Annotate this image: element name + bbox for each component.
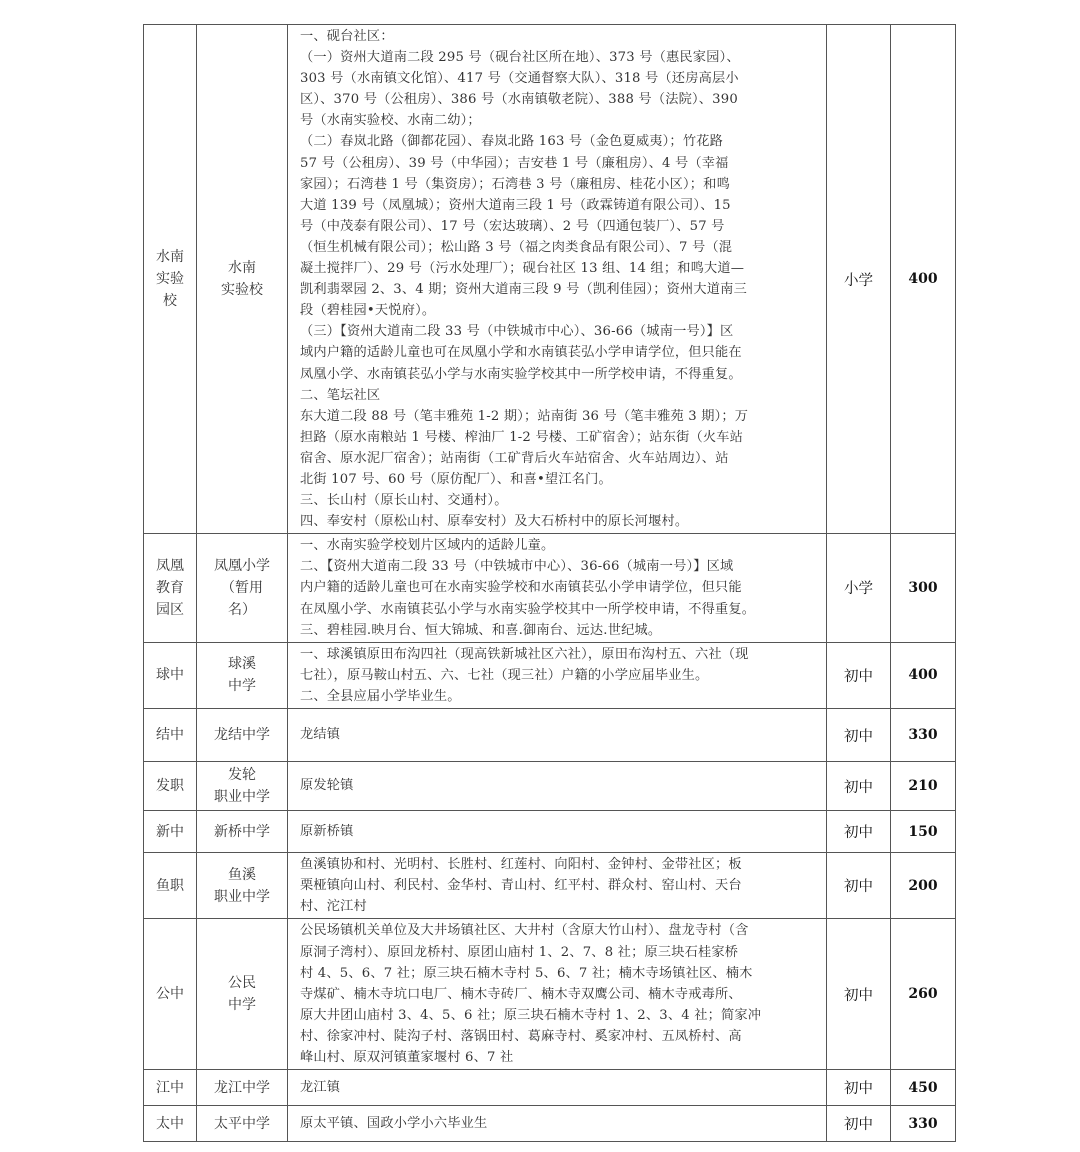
area-line: 村、徐家冲村、陡沟子村、落锅田村、葛麻寺村、奚家冲村、五凤桥村、高 bbox=[300, 1026, 818, 1047]
school-level-cell: 小学 bbox=[827, 25, 891, 534]
area-line: 一、砚台社区： bbox=[300, 26, 818, 47]
school-name-line: 名） bbox=[197, 599, 287, 621]
table-row: 公中 公民 中学 公民场镇机关单位及大井场镇社区、大井村（含原大竹山村）、盘龙寺… bbox=[144, 919, 956, 1070]
school-name-cell: 龙江中学 bbox=[197, 1070, 288, 1106]
school-short-name-cell: 江中 bbox=[144, 1070, 197, 1106]
school-name-cell: 太平中学 bbox=[197, 1106, 288, 1142]
enrollment-area-cell: 一、球溪镇原田布沟四社（现高铁新城社区六社），原田布沟村五、六社（现 七社），原… bbox=[288, 642, 827, 708]
school-name-line: 发轮 bbox=[197, 764, 287, 786]
school-name-line: （暂用 bbox=[197, 577, 287, 599]
area-line: 北街 107 号、60 号（原仿配厂）、和喜•望江名门。 bbox=[300, 469, 818, 490]
school-short-name-cell: 公中 bbox=[144, 919, 197, 1070]
table-row: 新中 新桥中学 原新桥镇 初中 150 bbox=[144, 811, 956, 853]
school-name-line: 水南 bbox=[197, 257, 287, 279]
area-line: 三、长山村（原长山村、交通村）。 bbox=[300, 490, 818, 511]
school-name-line: 球溪 bbox=[197, 653, 287, 675]
table-row: 江中 龙江中学 龙江镇 初中 450 bbox=[144, 1070, 956, 1106]
enrollment-quota-cell: 330 bbox=[891, 709, 956, 762]
school-short-name-cell: 凤凰 教育 园区 bbox=[144, 534, 197, 642]
enrollment-quota-cell: 210 bbox=[891, 762, 956, 811]
school-name-cell: 水南 实验校 bbox=[197, 25, 288, 534]
area-line: 原太平镇、国政小学小六毕业生 bbox=[300, 1113, 818, 1134]
school-level-cell: 初中 bbox=[827, 1106, 891, 1142]
enrollment-area-cell: 原发轮镇 bbox=[288, 762, 827, 811]
school-short-name-cell: 发职 bbox=[144, 762, 197, 811]
enrollment-quota-cell: 150 bbox=[891, 811, 956, 853]
enrollment-area-cell: 龙结镇 bbox=[288, 709, 827, 762]
area-line: 龙结镇 bbox=[300, 724, 818, 745]
enrollment-quota-cell: 330 bbox=[891, 1106, 956, 1142]
area-line: 凝土搅拌厂）、29 号（污水处理厂）；砚台社区 13 组、14 组；和鸣大道— bbox=[300, 258, 818, 279]
area-line: （恒生机械有限公司）；松山路 3 号（福之肉类食品有限公司）、7 号（混 bbox=[300, 237, 818, 258]
school-name-line: 中学 bbox=[197, 994, 287, 1016]
table-row: 凤凰 教育 园区 凤凰小学 （暂用 名） 一、水南实验学校划片区域内的适龄儿童。… bbox=[144, 534, 956, 642]
area-line: 公民场镇机关单位及大井场镇社区、大井村（含原大竹山村）、盘龙寺村（含 bbox=[300, 920, 818, 941]
school-level-cell: 初中 bbox=[827, 1070, 891, 1106]
area-line: 57 号（公租房）、39 号（中华园）；吉安巷 1 号（廉租房）、4 号（幸福 bbox=[300, 153, 818, 174]
area-line: 寺煤矿、楠木寺坑口电厂、楠木寺砖厂、楠木寺双鹰公司、楠木寺戒毒所、 bbox=[300, 984, 818, 1005]
short-name-line: 凤凰 bbox=[144, 555, 196, 577]
area-line: 号（水南实验校、水南二幼）； bbox=[300, 110, 818, 131]
enrollment-area-cell: 原新桥镇 bbox=[288, 811, 827, 853]
enrollment-area-cell: 鱼溪镇协和村、光明村、长胜村、红莲村、向阳村、金钟村、金带社区；板 栗桠镇向山村… bbox=[288, 853, 827, 919]
enrollment-zone-table: 水南 实验 校 水南 实验校 一、砚台社区： （一）资州大道南二段 295 号（… bbox=[143, 24, 956, 1142]
school-name-line: 职业中学 bbox=[197, 886, 287, 908]
table-row: 太中 太平中学 原太平镇、国政小学小六毕业生 初中 330 bbox=[144, 1106, 956, 1142]
short-name-line: 球中 bbox=[144, 664, 196, 686]
area-line: 二、笔坛社区 bbox=[300, 385, 818, 406]
school-name-cell: 发轮 职业中学 bbox=[197, 762, 288, 811]
area-line: 村、沱江村 bbox=[300, 896, 818, 917]
area-line: 栗桠镇向山村、利民村、金华村、青山村、红平村、群众村、窑山村、天台 bbox=[300, 875, 818, 896]
area-line: 龙江镇 bbox=[300, 1077, 818, 1098]
school-short-name-cell: 新中 bbox=[144, 811, 197, 853]
area-line: （二）春岚北路（御都花园）、春岚北路 163 号（金色夏威夷）；竹花路 bbox=[300, 131, 818, 152]
school-short-name-cell: 结中 bbox=[144, 709, 197, 762]
area-line: 鱼溪镇协和村、光明村、长胜村、红莲村、向阳村、金钟村、金带社区；板 bbox=[300, 854, 818, 875]
table-row: 水南 实验 校 水南 实验校 一、砚台社区： （一）资州大道南二段 295 号（… bbox=[144, 25, 956, 534]
school-short-name-cell: 球中 bbox=[144, 642, 197, 708]
school-name-cell: 龙结中学 bbox=[197, 709, 288, 762]
school-level-cell: 初中 bbox=[827, 642, 891, 708]
table-row: 结中 龙结中学 龙结镇 初中 330 bbox=[144, 709, 956, 762]
school-short-name-cell: 太中 bbox=[144, 1106, 197, 1142]
area-line: 原发轮镇 bbox=[300, 775, 818, 796]
school-level-cell: 初中 bbox=[827, 919, 891, 1070]
short-name-line: 教育 bbox=[144, 577, 196, 599]
area-line: 号（中茂泰有限公司）、17 号（宏达玻璃）、2 号（四通包装厂）、57 号 bbox=[300, 216, 818, 237]
area-line: 村 4、5、6、7 社；原三块石楠木寺村 5、6、7 社；楠木寺场镇社区、楠木 bbox=[300, 963, 818, 984]
area-line: 凯利翡翠园 2、3、4 期；资州大道南三段 9 号（凯利佳园）；资州大道南三 bbox=[300, 279, 818, 300]
school-short-name-cell: 水南 实验 校 bbox=[144, 25, 197, 534]
table-row: 球中 球溪 中学 一、球溪镇原田布沟四社（现高铁新城社区六社），原田布沟村五、六… bbox=[144, 642, 956, 708]
area-line: 一、球溪镇原田布沟四社（现高铁新城社区六社），原田布沟村五、六社（现 bbox=[300, 644, 818, 665]
school-name-cell: 凤凰小学 （暂用 名） bbox=[197, 534, 288, 642]
area-line: 原大井团山庙村 3、4、5、6 社；原三块石楠木寺村 1、2、3、4 社；简家冲 bbox=[300, 1005, 818, 1026]
school-level-cell: 初中 bbox=[827, 811, 891, 853]
enrollment-quota-cell: 260 bbox=[891, 919, 956, 1070]
area-line: 原新桥镇 bbox=[300, 821, 818, 842]
area-line: 一、水南实验学校划片区域内的适龄儿童。 bbox=[300, 535, 818, 556]
school-name-line: 实验校 bbox=[197, 279, 287, 301]
table-row: 鱼职 鱼溪 职业中学 鱼溪镇协和村、光明村、长胜村、红莲村、向阳村、金钟村、金带… bbox=[144, 853, 956, 919]
area-line: 凤凰小学、水南镇苌弘小学与水南实验学校其中一所学校申请，不得重复。 bbox=[300, 364, 818, 385]
enrollment-area-cell: 一、砚台社区： （一）资州大道南二段 295 号（砚台社区所在地）、373 号（… bbox=[288, 25, 827, 534]
enrollment-quota-cell: 400 bbox=[891, 642, 956, 708]
school-name-line: 中学 bbox=[197, 675, 287, 697]
area-line: 东大道二段 88 号（笔丰雅苑 1-2 期）；站南街 36 号（笔丰雅苑 3 期… bbox=[300, 406, 818, 427]
enrollment-area-cell: 龙江镇 bbox=[288, 1070, 827, 1106]
area-line: 段（碧桂园•天悦府）。 bbox=[300, 300, 818, 321]
area-line: （三）【资州大道南二段 33 号（中铁城市中心）、36-66（城南一号）】区 bbox=[300, 321, 818, 342]
school-level-cell: 初中 bbox=[827, 762, 891, 811]
school-name-line: 凤凰小学 bbox=[197, 555, 287, 577]
school-level-cell: 小学 bbox=[827, 534, 891, 642]
area-line: 大道 139 号（凤凰城）；资州大道南三段 1 号（政霖铸道有限公司）、15 bbox=[300, 195, 818, 216]
table-body: 水南 实验 校 水南 实验校 一、砚台社区： （一）资州大道南二段 295 号（… bbox=[144, 25, 956, 1142]
area-line: （一）资州大道南二段 295 号（砚台社区所在地）、373 号（惠民家园）、 bbox=[300, 47, 818, 68]
area-line: 二、【资州大道南二段 33 号（中铁城市中心）、36-66（城南一号）】区域 bbox=[300, 556, 818, 577]
enrollment-area-cell: 公民场镇机关单位及大井场镇社区、大井村（含原大竹山村）、盘龙寺村（含 原洞子湾村… bbox=[288, 919, 827, 1070]
enrollment-area-cell: 原太平镇、国政小学小六毕业生 bbox=[288, 1106, 827, 1142]
area-line: 二、全县应届小学毕业生。 bbox=[300, 686, 818, 707]
school-level-cell: 初中 bbox=[827, 853, 891, 919]
short-name-line: 校 bbox=[144, 290, 196, 312]
area-line: 内户籍的适龄儿童也可在水南实验学校和水南镇苌弘小学申请学位，但只能 bbox=[300, 577, 818, 598]
area-line: 四、奉安村（原松山村、原奉安村）及大石桥村中的原长河堰村。 bbox=[300, 511, 818, 532]
area-line: 七社），原马鞍山村五、六、七社（现三社）户籍的小学应届毕业生。 bbox=[300, 665, 818, 686]
school-name-cell: 鱼溪 职业中学 bbox=[197, 853, 288, 919]
school-level-cell: 初中 bbox=[827, 709, 891, 762]
enrollment-quota-cell: 450 bbox=[891, 1070, 956, 1106]
area-line: 区）、370 号（公租房）、386 号（水南镇敬老院）、388 号（法院）、39… bbox=[300, 89, 818, 110]
enrollment-area-cell: 一、水南实验学校划片区域内的适龄儿童。 二、【资州大道南二段 33 号（中铁城市… bbox=[288, 534, 827, 642]
school-name-cell: 球溪 中学 bbox=[197, 642, 288, 708]
school-name-line: 职业中学 bbox=[197, 786, 287, 808]
enrollment-quota-cell: 300 bbox=[891, 534, 956, 642]
table-row: 发职 发轮 职业中学 原发轮镇 初中 210 bbox=[144, 762, 956, 811]
school-name-cell: 公民 中学 bbox=[197, 919, 288, 1070]
short-name-line: 园区 bbox=[144, 599, 196, 621]
area-line: 家园）；石湾巷 1 号（集资房）；石湾巷 3 号（廉租房、桂花小区）；和鸣 bbox=[300, 174, 818, 195]
enrollment-quota-cell: 200 bbox=[891, 853, 956, 919]
school-name-line: 公民 bbox=[197, 972, 287, 994]
area-line: 宿舍、原水泥厂宿舍）；站南街（工矿背后火车站宿舍、火车站周边）、站 bbox=[300, 448, 818, 469]
short-name-line: 水南 bbox=[144, 246, 196, 268]
area-line: 担路（原水南粮站 1 号楼、榨油厂 1-2 号楼、工矿宿舍）；站东街（火车站 bbox=[300, 427, 818, 448]
area-line: 域内户籍的适龄儿童也可在凤凰小学和水南镇苌弘小学申请学位，但只能在 bbox=[300, 342, 818, 363]
school-short-name-cell: 鱼职 bbox=[144, 853, 197, 919]
school-name-cell: 新桥中学 bbox=[197, 811, 288, 853]
area-line: 峰山村、原双河镇董家堰村 6、7 社 bbox=[300, 1047, 818, 1068]
area-line: 在凤凰小学、水南镇苌弘小学与水南实验学校其中一所学校申请，不得重复。 bbox=[300, 599, 818, 620]
short-name-line: 实验 bbox=[144, 268, 196, 290]
area-line: 三、碧桂园.映月台、恒大锦城、和喜.御南台、远达.世纪城。 bbox=[300, 620, 818, 641]
area-line: 原洞子湾村）、原回龙桥村、原团山庙村 1、2、7、8 社；原三块石桂家桥 bbox=[300, 942, 818, 963]
enrollment-quota-cell: 400 bbox=[891, 25, 956, 534]
school-name-line: 鱼溪 bbox=[197, 864, 287, 886]
area-line: 303 号（水南镇文化馆）、417 号（交通督察大队）、318 号（还房高层小 bbox=[300, 68, 818, 89]
